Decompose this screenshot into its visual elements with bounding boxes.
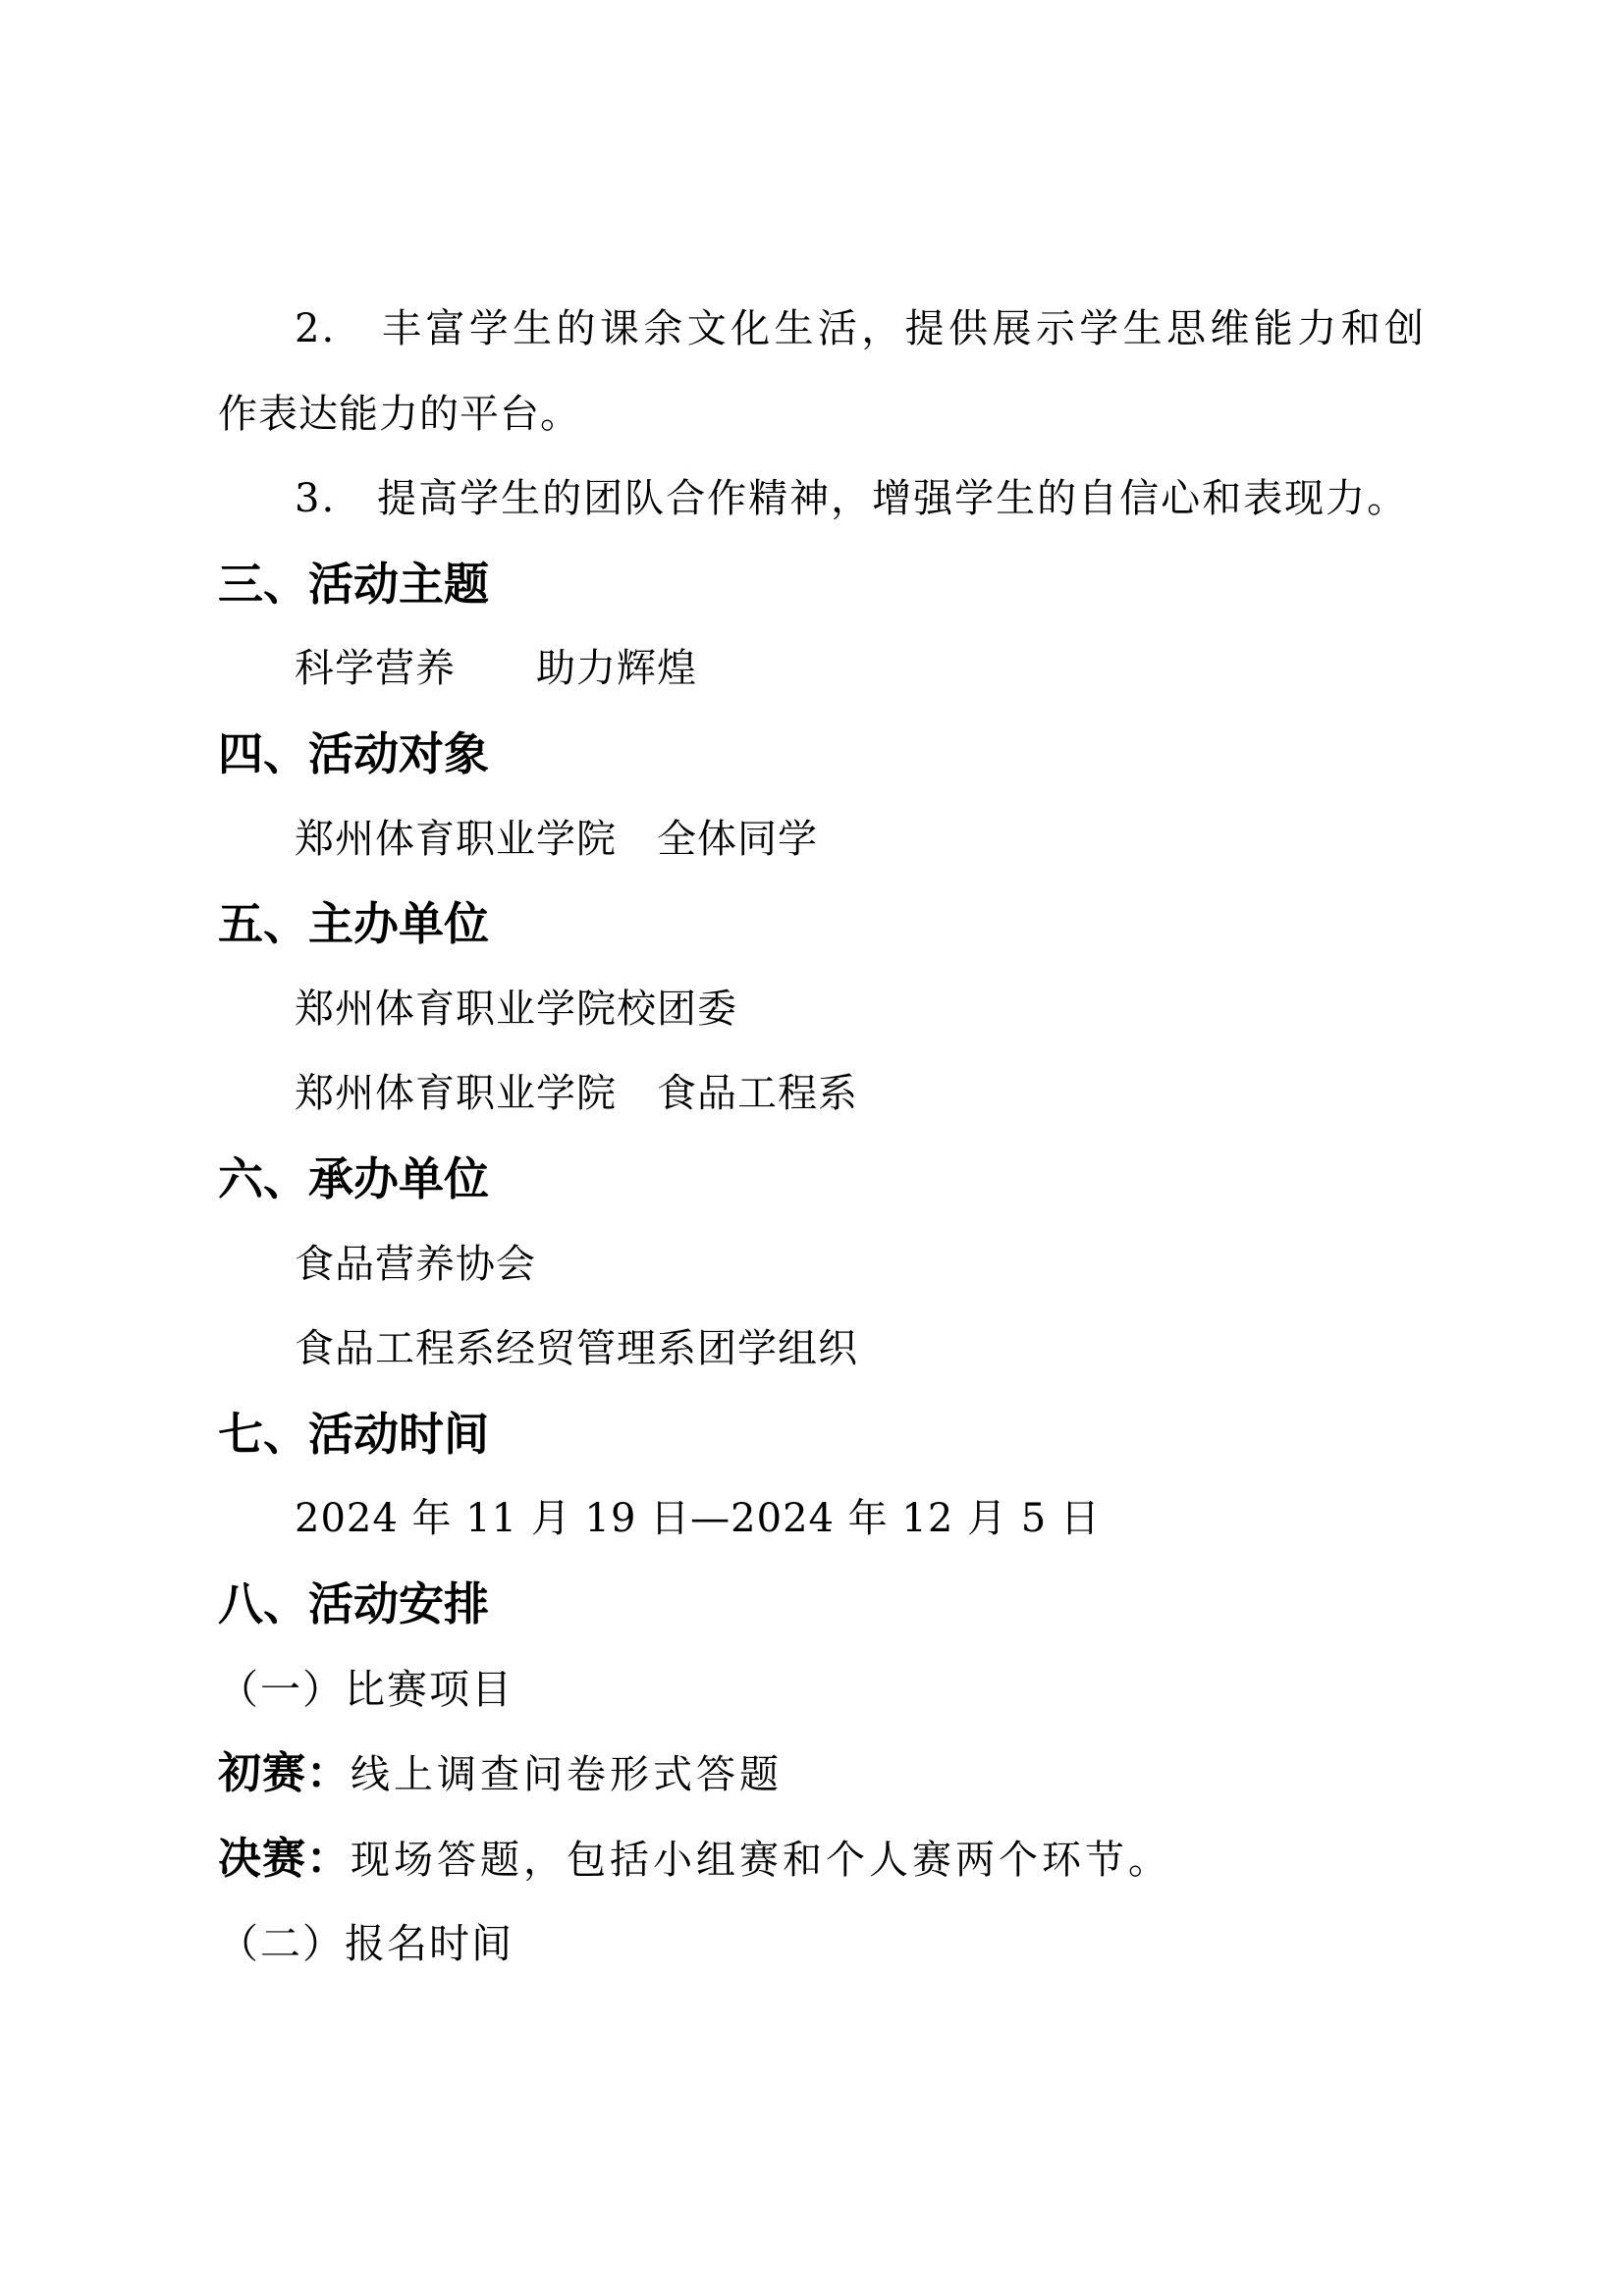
text-activity-theme: 科学营养 助力辉煌 — [218, 626, 1426, 712]
document-page: 2. 丰富学生的课余文化生活，提供展示学生思维能力和创 作表达能力的平台。 3.… — [0, 0, 1624, 2296]
document-text-block: 2. 丰富学生的课余文化生活，提供展示学生思维能力和创 作表达能力的平台。 3.… — [218, 287, 1426, 1987]
heading-section-4-audience: 四、活动对象 — [218, 712, 1426, 797]
paragraph-objective-2-line-2: 作表达能力的平台。 — [218, 372, 1426, 457]
paragraph-objective-2-line-1: 2. 丰富学生的课余文化生活，提供展示学生思维能力和创 — [218, 287, 1426, 372]
text-organizer-unit-2: 食品工程系经贸管理系团学组织 — [218, 1307, 1426, 1392]
heading-section-8-schedule: 八、活动安排 — [218, 1562, 1426, 1647]
label-preliminary: 初赛： — [218, 1748, 351, 1798]
heading-section-3-theme: 三、活动主题 — [218, 542, 1426, 627]
text-preliminary-format: 线上调查问卷形式答题 — [351, 1752, 783, 1797]
text-organizer-unit-1: 食品营养协会 — [218, 1222, 1426, 1308]
text-activity-audience: 郑州体育职业学院 全体同学 — [218, 797, 1426, 882]
heading-section-7-time: 七、活动时间 — [218, 1392, 1426, 1477]
text-final-format: 现场答题，包括小组赛和个人赛两个环节。 — [351, 1838, 1171, 1883]
label-final: 决赛： — [218, 1834, 351, 1884]
subheading-contest-items: （一）比赛项目 — [218, 1647, 1426, 1733]
heading-section-6-organizer: 六、承办单位 — [218, 1137, 1426, 1222]
paragraph-objective-3: 3. 提高学生的团队合作精神，增强学生的自信心和表现力。 — [218, 456, 1426, 542]
text-host-unit-2: 郑州体育职业学院 食品工程系 — [218, 1051, 1426, 1137]
heading-section-5-host: 五、主办单位 — [218, 881, 1426, 967]
text-host-unit-1: 郑州体育职业学院校团委 — [218, 967, 1426, 1052]
line-preliminary-round: 初赛：线上调查问卷形式答题 — [218, 1732, 1426, 1817]
text-activity-dates: 2024 年 11 月 19 日—2024 年 12 月 5 日 — [218, 1476, 1426, 1562]
line-final-round: 决赛：现场答题，包括小组赛和个人赛两个环节。 — [218, 1817, 1426, 1902]
subheading-registration-time: （二）报名时间 — [218, 1901, 1426, 1987]
